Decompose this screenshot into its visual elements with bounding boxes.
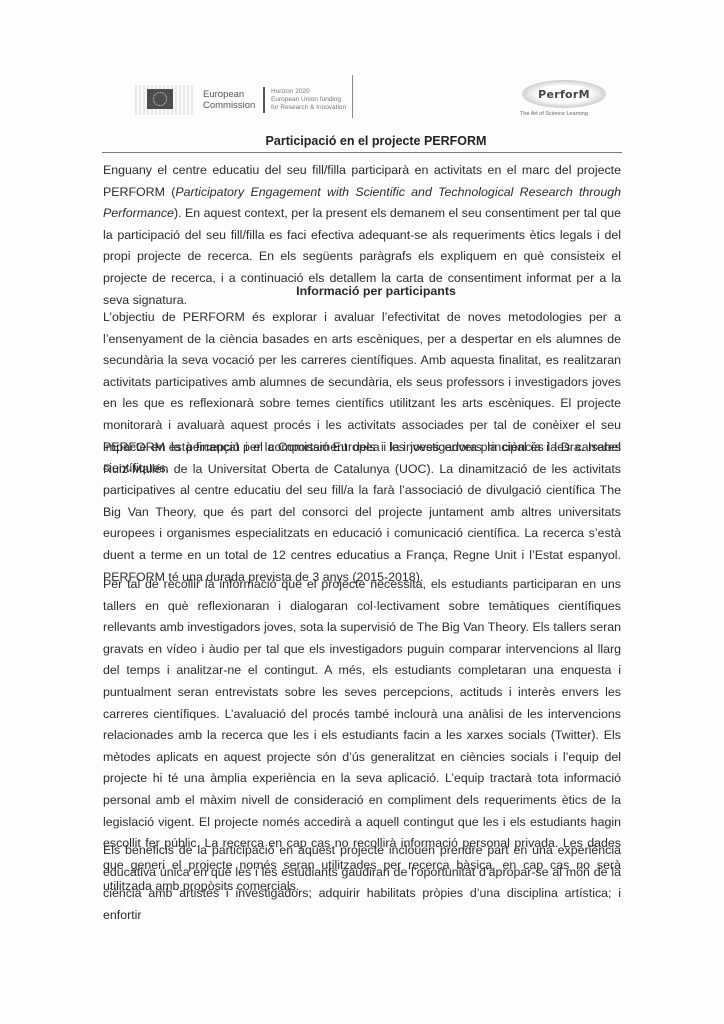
paragraph-benefits: Els beneficis de la participació en aque…: [103, 840, 621, 926]
header-divider: [352, 75, 353, 118]
paragraph-funding: PERFORM està finançat per la Comissió Eu…: [103, 437, 621, 588]
document-page: European Commission Horizon 2020 Europea…: [0, 0, 724, 1024]
eu-flag-icon: [147, 89, 173, 109]
ec-name: European Commission: [203, 89, 261, 111]
perform-tagline: The Art of Science Learning: [520, 111, 588, 117]
title-rule: [102, 152, 622, 153]
horizon-2020-label: Horizon 2020 European Union funding for …: [271, 88, 351, 112]
eu-stars-circle: [153, 92, 167, 106]
european-commission-logo: European Commission Horizon 2020 Europea…: [135, 80, 375, 120]
ec-name-line2: Commission: [203, 100, 261, 111]
section-heading: Informació per participants: [14, 284, 724, 298]
perform-wordmark: PerforM: [538, 88, 590, 101]
document-title: Participació en el projecte PERFORM: [14, 134, 724, 148]
h2020-line1: Horizon 2020: [271, 88, 351, 96]
perform-logo: PerforM The Art of Science Learning: [518, 78, 618, 122]
ec-name-line1: European: [203, 89, 261, 100]
ec-building-graphic: [135, 85, 195, 115]
h2020-line2: European Union funding: [271, 96, 351, 104]
ec-logo-separator: [263, 87, 265, 113]
h2020-line3: for Research & Innovation: [271, 104, 351, 112]
perform-logo-oval: PerforM: [522, 80, 606, 108]
